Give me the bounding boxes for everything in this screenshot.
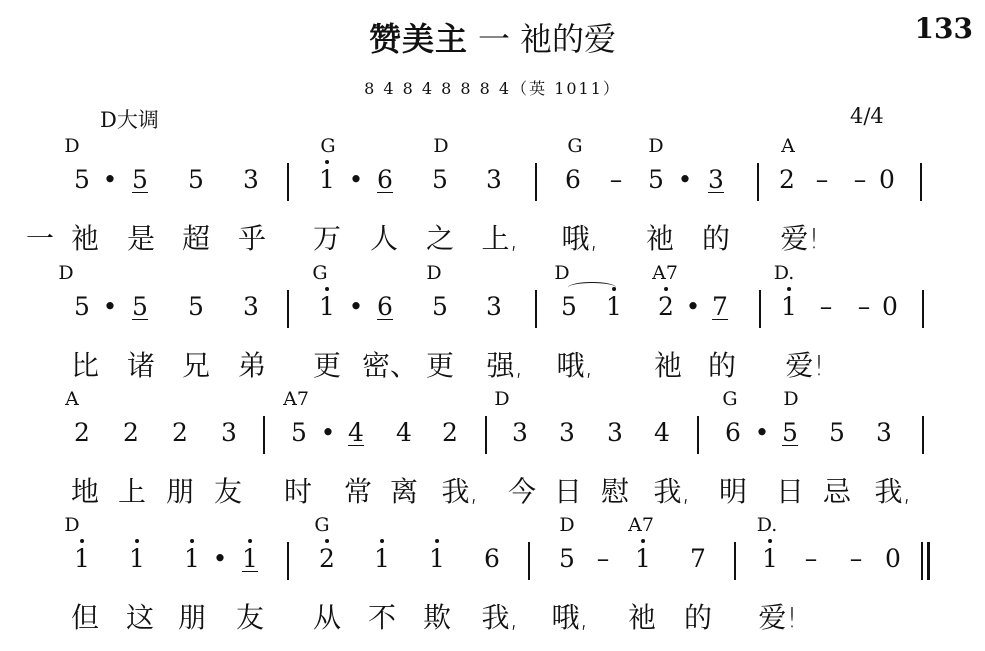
lyric-syllable: 的 xyxy=(702,217,730,257)
chord-symbol: D. xyxy=(757,514,778,536)
lyric-syllable: 但 xyxy=(71,596,99,636)
dot-extension: • xyxy=(213,544,228,573)
bar-line xyxy=(920,163,922,201)
note: 5 xyxy=(74,292,90,321)
note: 6 xyxy=(484,544,500,573)
bar-line xyxy=(485,416,487,454)
lyric-syllable: 的 xyxy=(684,596,712,636)
note: 3 xyxy=(559,418,575,447)
lyric-syllable: 我, xyxy=(442,470,479,510)
note: 5 xyxy=(782,418,798,447)
note: 4 xyxy=(654,418,670,447)
key-signature: D大调 xyxy=(100,104,159,134)
lyric-syllable: 祂 xyxy=(628,596,656,636)
chord-symbol: D xyxy=(559,514,574,536)
note: 3 xyxy=(243,292,259,321)
high-octave-dot xyxy=(135,539,139,543)
lyric-syllable: 日 xyxy=(776,470,804,510)
lyric-syllable: 密、 xyxy=(362,344,418,384)
high-octave-dot xyxy=(248,539,252,543)
note: 4 xyxy=(348,418,364,447)
lyric-syllable: 朋 xyxy=(166,470,194,510)
note: 1 xyxy=(762,544,778,573)
chord-symbol: D xyxy=(494,388,509,410)
note: 2 xyxy=(658,292,674,321)
lyric-syllable: 爱! xyxy=(785,344,824,384)
lyric-syllable: 地 xyxy=(71,470,99,510)
lyric-syllable: 欺 xyxy=(423,596,451,636)
high-octave-dot xyxy=(435,539,439,543)
chord-symbol: A7 xyxy=(283,388,309,410)
note: 6 xyxy=(377,165,393,194)
lyric-syllable: 超 xyxy=(182,217,210,257)
eighth-underline xyxy=(348,445,364,447)
lyric-syllable: 时 xyxy=(284,470,312,510)
lyric-syllable: 人 xyxy=(370,217,398,257)
lyric-syllable: 是 xyxy=(127,217,155,257)
lyric-syllable: 祂 xyxy=(71,217,99,257)
title-dash: 一 xyxy=(478,20,510,58)
note: 6 xyxy=(565,165,581,194)
chord-symbol: A xyxy=(65,388,79,410)
chord-symbol: A7 xyxy=(628,514,654,536)
chord-symbol: D xyxy=(64,514,79,536)
note: 5 xyxy=(648,165,664,194)
note: 1 xyxy=(635,544,651,573)
note: 3 xyxy=(876,418,892,447)
eighth-underline xyxy=(242,571,258,573)
lyric-syllable: 祂 xyxy=(654,344,682,384)
title-subtitle: 祂的爱 xyxy=(520,20,616,58)
bar-line xyxy=(287,163,289,201)
bar-line xyxy=(263,416,265,454)
lyric-syllable: 哦, xyxy=(552,596,589,636)
lyric-syllable: 离 xyxy=(390,470,418,510)
lyric-syllable: 的 xyxy=(708,344,736,384)
time-signature: 4/4 xyxy=(850,104,884,128)
lyric-syllable: 哦, xyxy=(557,344,594,384)
note: 0 xyxy=(885,544,901,573)
high-octave-dot xyxy=(787,287,791,291)
high-octave-dot xyxy=(325,539,329,543)
final-bar-thick xyxy=(927,542,930,580)
lyric-syllable: 强, xyxy=(487,344,524,384)
chord-symbol: D. xyxy=(774,262,795,284)
note: 3 xyxy=(708,165,724,194)
eighth-underline xyxy=(377,319,393,321)
lyric-syllable: 这 xyxy=(126,596,154,636)
note: 5 xyxy=(132,165,148,194)
chord-symbol: D xyxy=(554,262,569,284)
note: 1 xyxy=(129,544,145,573)
note: 1 xyxy=(184,544,200,573)
bar-line xyxy=(697,416,699,454)
dot-extension: • xyxy=(103,165,118,194)
dot-extension: • xyxy=(349,292,364,321)
dot-extension: • xyxy=(678,165,693,194)
note: 1 xyxy=(319,165,335,194)
note: 3 xyxy=(486,165,502,194)
eighth-underline xyxy=(132,319,148,321)
chord-symbol: G xyxy=(722,388,737,410)
bar-line xyxy=(734,542,736,580)
bar-line xyxy=(528,542,530,580)
note: 3 xyxy=(486,292,502,321)
dot-extension: • xyxy=(349,165,364,194)
hymn-number: 133 xyxy=(915,12,973,45)
note: 1 xyxy=(429,544,445,573)
chord-symbol: D xyxy=(783,388,798,410)
lyric-syllable: 不 xyxy=(368,596,396,636)
high-octave-dot xyxy=(380,539,384,543)
note: 5 xyxy=(829,418,845,447)
note: 4 xyxy=(396,418,412,447)
note: 5 xyxy=(74,165,90,194)
bar-line xyxy=(922,290,924,328)
lyric-syllable: 爱! xyxy=(758,596,797,636)
bar-line xyxy=(757,163,759,201)
lyric-syllable: 兄 xyxy=(182,344,210,384)
dash-extension: – xyxy=(858,292,871,321)
note: 7 xyxy=(712,292,728,321)
lyric-syllable: 哦, xyxy=(562,217,599,257)
chord-symbol: G xyxy=(320,135,335,157)
chord-symbol: G xyxy=(567,135,582,157)
lyric-syllable: 友 xyxy=(236,596,264,636)
dot-extension: • xyxy=(755,418,770,447)
chord-symbol: D xyxy=(64,135,79,157)
dash-extension: – xyxy=(610,165,623,194)
note: 7 xyxy=(690,544,706,573)
title-main: 赞美主 xyxy=(369,20,468,58)
dash-extension: – xyxy=(597,544,610,573)
chord-symbol: G xyxy=(314,514,329,536)
lyric-syllable: 祂 xyxy=(646,217,674,257)
lyric-syllable: 更 xyxy=(313,344,341,384)
eighth-underline xyxy=(132,192,148,194)
note: 2 xyxy=(319,544,335,573)
eighth-underline xyxy=(782,445,798,447)
lyric-syllable: 我, xyxy=(875,470,912,510)
dash-extension: – xyxy=(820,292,833,321)
chord-symbol: D xyxy=(58,262,73,284)
note: 2 xyxy=(74,418,90,447)
final-bar-thin xyxy=(921,542,923,580)
high-octave-dot xyxy=(664,287,668,291)
chord-symbol: G xyxy=(312,262,327,284)
bar-line xyxy=(759,290,761,328)
note: 5 xyxy=(132,292,148,321)
high-octave-dot xyxy=(641,539,645,543)
note: 2 xyxy=(442,418,458,447)
note: 3 xyxy=(243,165,259,194)
note: 5 xyxy=(291,418,307,447)
note: 1 xyxy=(781,292,797,321)
note: 5 xyxy=(188,165,204,194)
lyric-syllable: 忌 xyxy=(823,470,851,510)
dot-extension: • xyxy=(103,292,118,321)
high-octave-dot xyxy=(768,539,772,543)
chord-symbol: D xyxy=(433,135,448,157)
note: 2 xyxy=(172,418,188,447)
lyric-syllable: 我, xyxy=(482,596,519,636)
lyric-syllable: 上, xyxy=(482,217,519,257)
note: 5 xyxy=(561,292,577,321)
bar-line xyxy=(535,290,537,328)
chord-symbol: A7 xyxy=(652,262,678,284)
dash-extension: – xyxy=(805,544,818,573)
lyric-syllable: 爱! xyxy=(780,217,819,257)
bar-line xyxy=(535,163,537,201)
note: 5 xyxy=(188,292,204,321)
chord-symbol: A xyxy=(781,135,795,157)
lyric-syllable: 更 xyxy=(426,344,454,384)
lyric-syllable: 乎 xyxy=(238,217,266,257)
lyric-syllable: 一 xyxy=(26,217,54,257)
chord-symbol: D xyxy=(648,135,663,157)
lyric-syllable: 诸 xyxy=(127,344,155,384)
lyric-syllable: 比 xyxy=(71,344,99,384)
note: 3 xyxy=(607,418,623,447)
eighth-underline xyxy=(712,319,728,321)
note: 1 xyxy=(242,544,258,573)
dash-extension: – xyxy=(854,165,867,194)
note: 6 xyxy=(725,418,741,447)
bar-line xyxy=(287,290,289,328)
note: 3 xyxy=(512,418,528,447)
lyric-syllable: 从 xyxy=(313,596,341,636)
note: 2 xyxy=(779,165,795,194)
note: 5 xyxy=(432,165,448,194)
tie-arc xyxy=(568,282,616,293)
dash-extension: – xyxy=(850,544,863,573)
dot-extension: • xyxy=(686,292,701,321)
lyric-syllable: 今 xyxy=(508,470,536,510)
note: 0 xyxy=(879,165,895,194)
lyric-syllable: 朋 xyxy=(178,596,206,636)
lyric-syllable: 万 xyxy=(313,217,341,257)
high-octave-dot xyxy=(80,539,84,543)
lyric-syllable: 我, xyxy=(654,470,691,510)
meter-line: 8 4 8 4 8 8 8 4（英 1011） xyxy=(0,76,985,99)
note: 1 xyxy=(606,292,622,321)
dot-extension: • xyxy=(321,418,336,447)
note: 0 xyxy=(882,292,898,321)
lyric-syllable: 常 xyxy=(344,470,372,510)
lyric-syllable: 慰 xyxy=(601,470,629,510)
lyric-syllable: 日 xyxy=(554,470,582,510)
note: 1 xyxy=(74,544,90,573)
note: 1 xyxy=(319,292,335,321)
note: 1 xyxy=(374,544,390,573)
lyric-syllable: 之 xyxy=(426,217,454,257)
lyric-syllable: 弟 xyxy=(238,344,266,384)
lyric-syllable: 上 xyxy=(118,470,146,510)
bar-line xyxy=(922,416,924,454)
chord-symbol: D xyxy=(426,262,441,284)
eighth-underline xyxy=(377,192,393,194)
lyric-syllable: 友 xyxy=(214,470,242,510)
note: 5 xyxy=(559,544,575,573)
lyric-syllable: 明 xyxy=(719,470,747,510)
high-octave-dot xyxy=(325,160,329,164)
hymn-title: 赞美主一祂的爱 xyxy=(0,14,985,60)
high-octave-dot xyxy=(325,287,329,291)
bar-line xyxy=(287,542,289,580)
note: 6 xyxy=(377,292,393,321)
dash-extension: – xyxy=(816,165,829,194)
note: 5 xyxy=(432,292,448,321)
note: 3 xyxy=(221,418,237,447)
note: 2 xyxy=(123,418,139,447)
high-octave-dot xyxy=(190,539,194,543)
eighth-underline xyxy=(708,192,724,194)
